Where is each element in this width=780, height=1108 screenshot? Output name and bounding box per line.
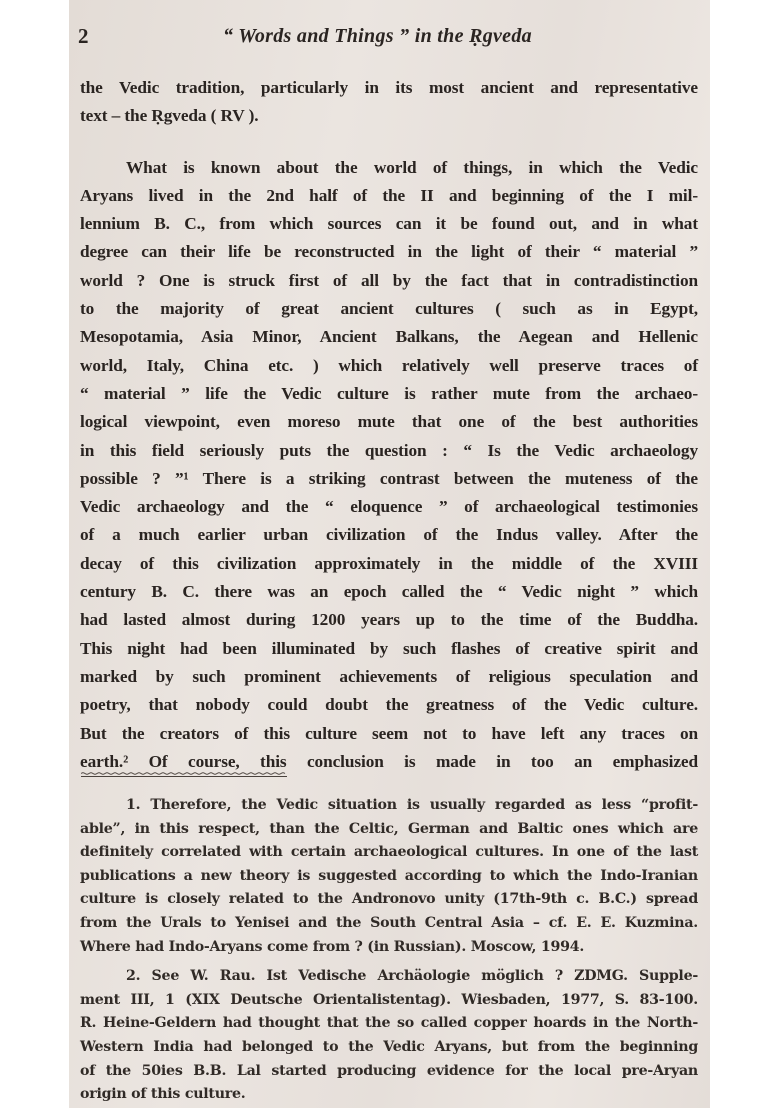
- footnote-2: 2. See W. Rau. Ist Vedische Archäologie …: [80, 965, 698, 1107]
- main-text: the Vedic tradition, particularly in its…: [80, 74, 698, 776]
- running-head: 2 “ Words and Things ” in the Ṛgveda: [78, 24, 698, 54]
- text-line: the Vedic tradition, particularly in its…: [80, 74, 698, 102]
- footnote-line: culture is closely related to the Andron…: [80, 888, 698, 912]
- book-page: 2 “ Words and Things ” in the Ṛgveda the…: [69, 0, 710, 1108]
- text-line: world, Italy, China etc. ) which relativ…: [80, 352, 698, 380]
- text-line: What is known about the world of things,…: [80, 154, 698, 182]
- footnote-line: 1. Therefore, the Vedic situation is usu…: [80, 794, 698, 818]
- footnotes: 1. Therefore, the Vedic situation is usu…: [80, 794, 698, 1107]
- text-line: possible ? ”¹ There is a striking contra…: [80, 465, 698, 493]
- paragraph-1: the Vedic tradition, particularly in its…: [80, 74, 698, 131]
- text-line: decay of this civilization approximately…: [80, 550, 698, 578]
- text-line: lennium B. C., from which sources can it…: [80, 210, 698, 238]
- footnote-line: definitely correlated with certain archa…: [80, 841, 698, 865]
- footnote-line: of the 50ies B.B. Lal started producing …: [80, 1060, 698, 1084]
- paragraph-gap: [80, 131, 698, 154]
- text-line: of a much earlier urban civilization of …: [80, 521, 698, 549]
- running-title: “ Words and Things ” in the Ṛgveda: [223, 25, 532, 48]
- page-number: 2: [78, 24, 89, 49]
- footnote-line: Western India had belonged to the Vedic …: [80, 1036, 698, 1060]
- text-line: to the majority of great ancient culture…: [80, 295, 698, 323]
- footnote-1: 1. Therefore, the Vedic situation is usu…: [80, 794, 698, 959]
- text-line: Aryans lived in the 2nd half of the II a…: [80, 182, 698, 210]
- text-line: degree can their life be reconstructed i…: [80, 238, 698, 266]
- text-line: text – the Ṛgveda ( RV ).: [80, 102, 698, 130]
- text-line: logical viewpoint, even moreso mute that…: [80, 408, 698, 436]
- footnote-line: R. Heine-Geldern had thought that the so…: [80, 1012, 698, 1036]
- footnote-line: Where had Indo-Aryans come from ? (in Ru…: [80, 936, 698, 960]
- footnote-line: ment III, 1 (XIX Deutsche Orientalistent…: [80, 989, 698, 1013]
- text-line: world ? One is struck first of all by th…: [80, 267, 698, 295]
- footnote-line: origin of this culture.: [80, 1083, 698, 1107]
- paragraph-2: What is known about the world of things,…: [80, 154, 698, 777]
- text-line: marked by such prominent achievements of…: [80, 663, 698, 691]
- footnote-line: able”, in this respect, than the Celtic,…: [80, 818, 698, 842]
- text-line: century B. C. there was an epoch called …: [80, 578, 698, 606]
- footnote-line: 2. See W. Rau. Ist Vedische Archäologie …: [80, 965, 698, 989]
- text-line: had lasted almost during 1200 years up t…: [80, 606, 698, 634]
- text-line: But the creators of this culture seem no…: [80, 720, 698, 748]
- text-line: “ material ” life the Vedic culture is r…: [80, 380, 698, 408]
- footnote-separator-rule: [81, 772, 287, 778]
- text-line: Vedic archaeology and the “ eloquence ” …: [80, 493, 698, 521]
- footnote-line: publications a new theory is suggested a…: [80, 865, 698, 889]
- text-line: in this field seriously puts the questio…: [80, 437, 698, 465]
- text-line: poetry, that nobody could doubt the grea…: [80, 691, 698, 719]
- text-line: Mesopotamia, Asia Minor, Ancient Balkans…: [80, 323, 698, 351]
- footnote-line: from the Urals to Yenisei and the South …: [80, 912, 698, 936]
- text-line: This night had been illuminated by such …: [80, 635, 698, 663]
